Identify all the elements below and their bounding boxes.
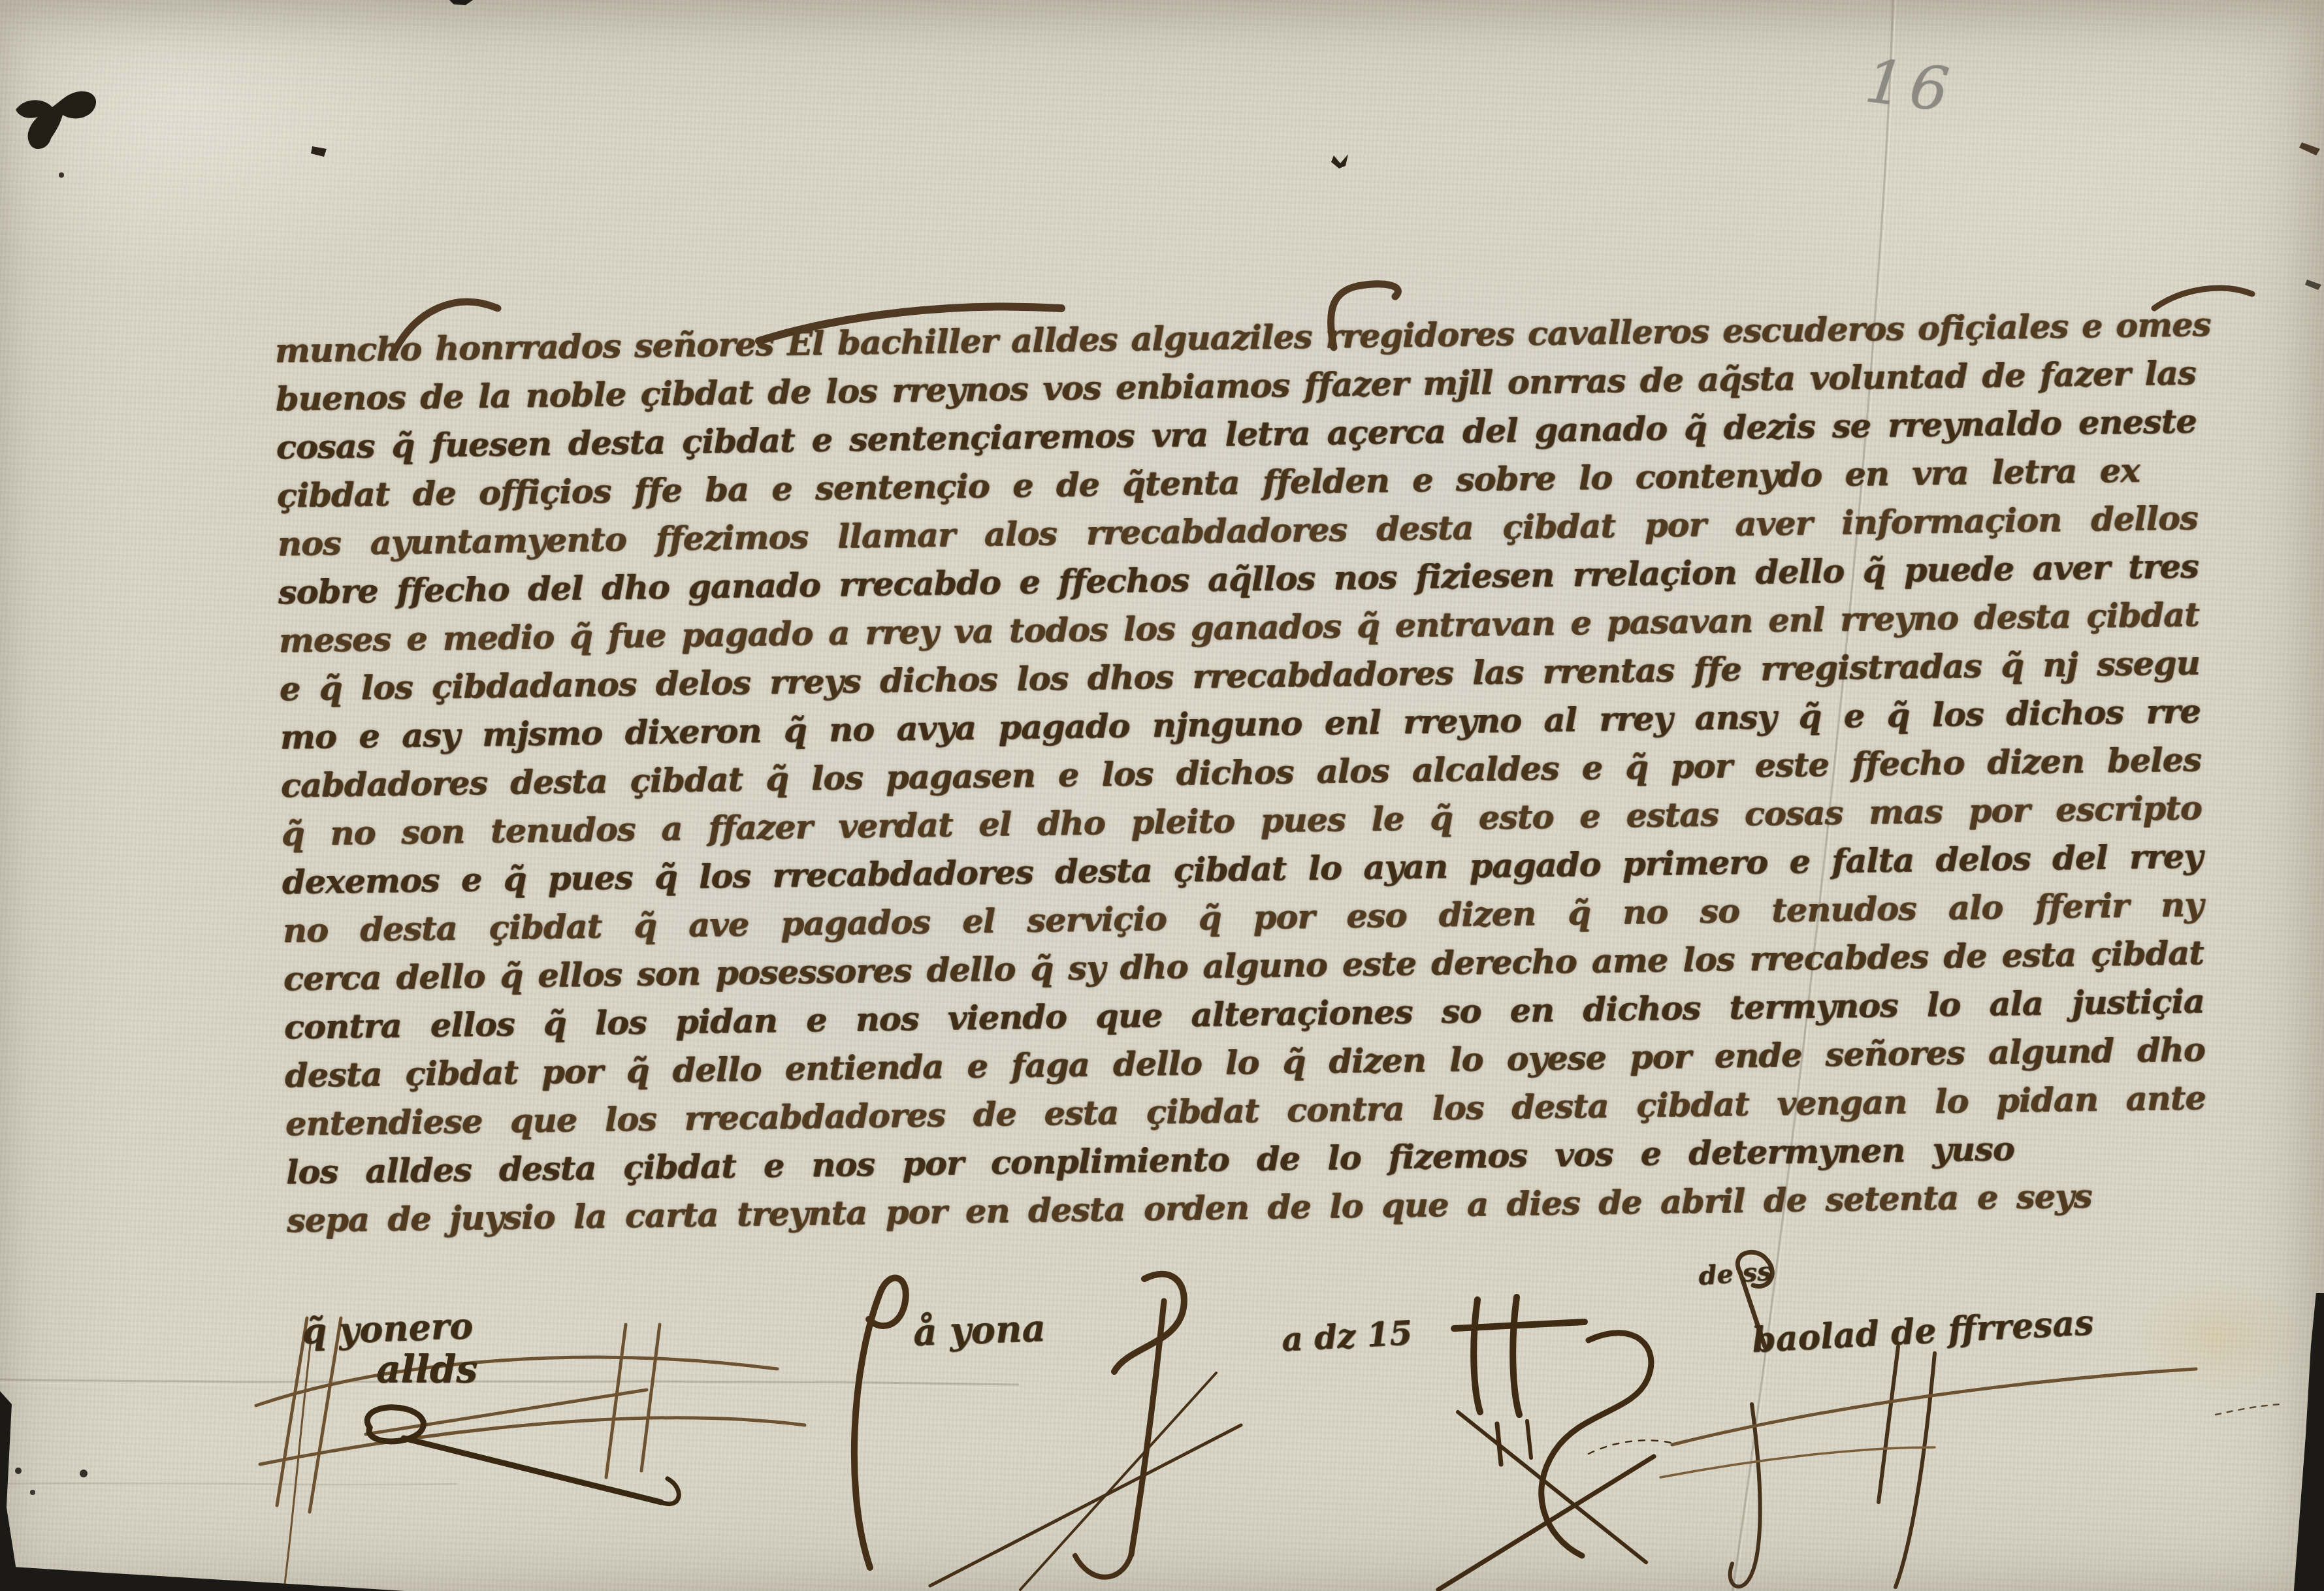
signatures-layer	[0, 0, 2324, 1591]
signature-3-name: a dz 15	[1281, 1313, 1413, 1358]
signature-3-rubric	[1438, 1297, 1673, 1590]
signature-2-name: å yona	[912, 1306, 1046, 1354]
signature-1-rubric	[256, 1318, 805, 1584]
folio-number: 16	[1862, 46, 1959, 126]
signature-4-rubric	[1660, 1252, 2281, 1587]
manuscript-scan: { "folio_number": "16", "manuscript": { …	[0, 0, 2324, 1591]
signature-1-paraph	[367, 1407, 679, 1504]
signature-4-prefix: de ss	[1697, 1255, 1772, 1291]
signature-1-title: allds	[376, 1347, 477, 1391]
signature-1-name: q̃ yonero	[301, 1304, 474, 1352]
